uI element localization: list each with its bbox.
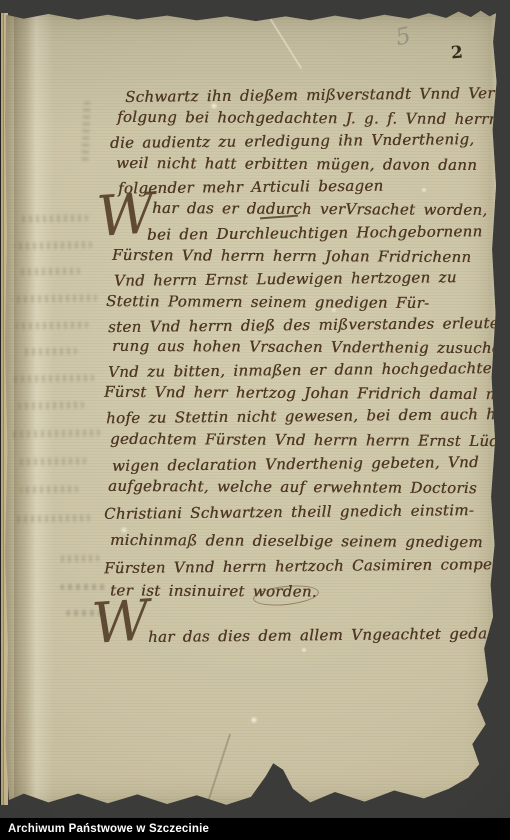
pencil-marginalia <box>60 584 106 590</box>
ink-page-number: 2 <box>450 43 464 64</box>
ink-bleedthrough <box>81 101 90 161</box>
manuscript-line: Vnd zu bitten, inmaßen er dann hochgedac… <box>108 359 499 381</box>
manuscript-line: Vnd herrn Ernst Ludewigen hertzogen zu <box>114 268 457 290</box>
paper-crease <box>207 734 231 803</box>
manuscript-line: Schwartz ihn dießem mißverstandt Vnnd Ve… <box>125 84 500 106</box>
manuscript-line: die audientz zu erledigung ihn Vnderthen… <box>110 130 475 152</box>
ink-bleedthrough <box>22 348 77 356</box>
paragraph-initial: W <box>90 593 151 653</box>
archive-footer-bar: Archiwum Państwowe w Szczecinie <box>0 818 510 840</box>
ink-bleedthrough <box>14 374 94 382</box>
scan-viewport: 5 2 Schwartz ihn dießem mißverstandt Vnn… <box>0 0 510 840</box>
manuscript-line: folgung bei hochgedachten J. g. f. Vnnd … <box>117 108 499 128</box>
manuscript-line: weil nicht hatt erbitten mügen, davon da… <box>116 154 477 174</box>
ink-bleedthrough <box>18 401 84 409</box>
manuscript-line: rung aus hohen Vrsachen Vnderthenig zusu… <box>112 337 510 357</box>
manuscript-line: michinmaß denn dieselbige seinem gnedige… <box>110 531 483 551</box>
manuscript-line: bei den Durchleuchtigen Hochgebornenn <box>147 222 483 244</box>
manuscript-line: Christiani Schwartzen theill gnedich ein… <box>104 501 474 523</box>
ink-bleedthrough <box>59 555 99 563</box>
ink-bleedthrough <box>20 485 78 493</box>
ink-bleedthrough <box>12 429 100 438</box>
manuscript-page: 5 2 Schwartz ihn dießem mißverstandt Vnn… <box>4 10 498 808</box>
ink-bleedthrough <box>18 214 88 222</box>
manuscript-line: folgender mehr Articuli besagen <box>118 177 384 198</box>
manuscript-line: aufgebracht, welche auf erwehntem Doctor… <box>108 477 477 497</box>
ink-bleedthrough <box>14 514 90 522</box>
manuscript-line: Fürsten Vnnd herrn hertzoch Casimiren co… <box>104 555 510 577</box>
ink-bleedthrough <box>14 241 92 249</box>
manuscript-line: Fürsten Vnd herrn herrn Johan Fridrichen… <box>112 246 471 266</box>
manuscript-line: sten Vnd herrn dieß des mißverstandes er… <box>108 314 504 336</box>
ink-bleedthrough <box>16 457 86 465</box>
manuscript-line: wigen declaration Vnderthenig gebeten, V… <box>112 453 479 475</box>
manuscript-line: Stettin Pommern seinem gnedigen Für- <box>106 292 429 312</box>
archive-name-label: Archiwum Państwowe w Szczecinie <box>8 818 209 840</box>
manuscript-line: Fürst Vnd herr hertzog Johan Fridrich da… <box>104 383 510 403</box>
ink-bleedthrough <box>16 321 88 329</box>
manuscript-line: har das dies dem allem Vngeachtet gedach… <box>148 624 510 646</box>
ink-bleedthrough <box>12 294 97 302</box>
manuscript-line: har das er dadurch verVrsachet worden, <box>152 199 488 219</box>
ink-bleedthrough <box>20 267 80 275</box>
pencil-folio-number: 5 <box>393 23 413 51</box>
paper-crease <box>270 19 302 69</box>
manuscript-line: gedachtem Fürsten Vnd herrn herrn Ernst … <box>110 430 510 450</box>
manuscript-line: hofe zu Stettin nicht gewesen, bei dem a… <box>106 405 510 427</box>
